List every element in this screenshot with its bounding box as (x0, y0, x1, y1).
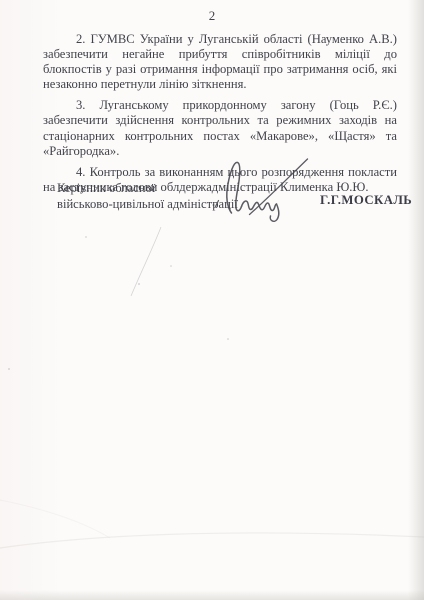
ink-speck (85, 236, 87, 238)
document-body: 2. ГУМВС України у Луганській області (Н… (43, 32, 397, 201)
paragraph-point-2: 2. ГУМВС України у Луганській області (Н… (43, 32, 397, 92)
ink-speck (138, 283, 140, 285)
signatory-title-line1: Керівник обласної (57, 181, 238, 197)
signatory-title-line2: військово-цивільної адміністрації (57, 197, 238, 213)
scan-edge-shadow-bottom (0, 590, 424, 600)
scan-edge-shadow-right (408, 0, 424, 600)
paper-crease (0, 533, 424, 548)
ink-speck (227, 338, 229, 340)
scanned-document-page: 2 2. ГУМВС України у Луганській області … (0, 0, 424, 600)
ink-speck (170, 265, 172, 267)
signatory-name: Г.Г.МОСКАЛЬ (320, 193, 412, 208)
paragraph-point-3: 3. Луганському прикордонному загону (Гоц… (43, 98, 397, 158)
paper-crease-2 (0, 500, 110, 538)
signatory-title: Керівник обласної військово-цивільної ад… (57, 181, 238, 212)
ink-speck (8, 368, 10, 370)
faint-pen-tail (131, 227, 161, 296)
page-number: 2 (0, 8, 424, 24)
